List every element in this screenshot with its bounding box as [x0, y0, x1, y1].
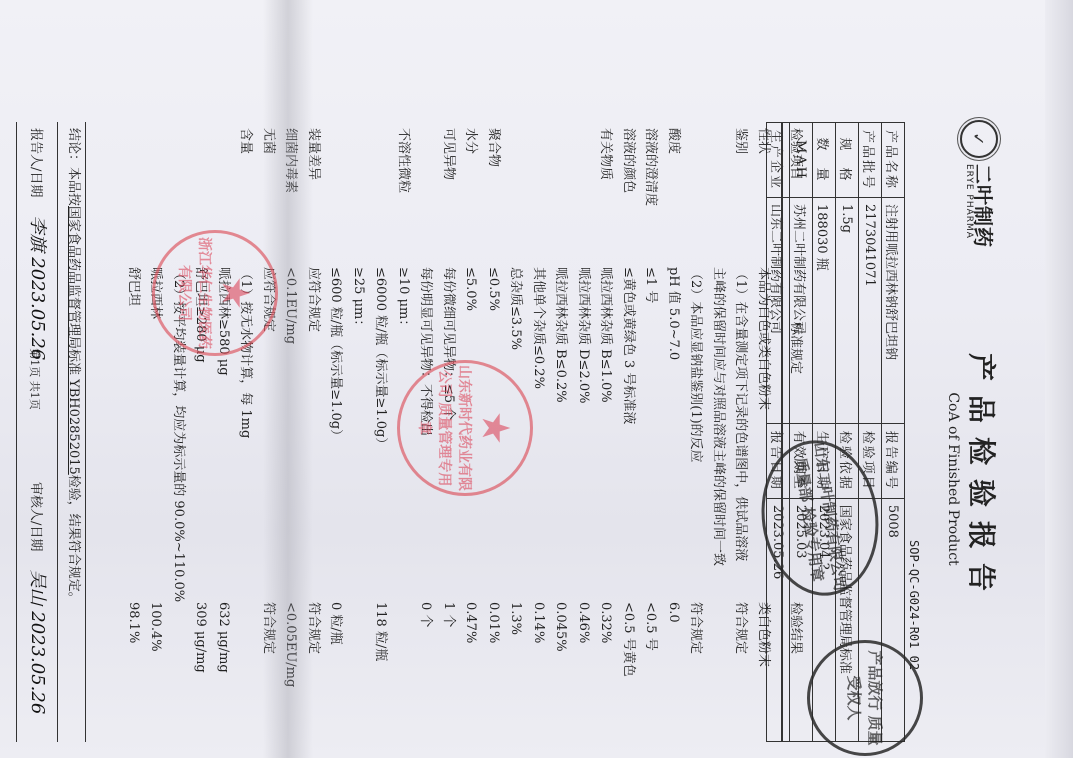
cell-standard: ≥25 μm：: [349, 267, 368, 332]
conclusion-suffix: 检验，结果符合规定。: [66, 475, 81, 605]
header-row: 规 格 1.5g 检验依据 国家食品药品监督管理局标准: [836, 123, 859, 742]
cell-result: <0.5 号: [642, 602, 661, 651]
cell-standard: 舒巴坦: [124, 267, 143, 306]
header-value: 2173041071: [859, 198, 882, 424]
header-key: 检验项目: [859, 423, 882, 498]
header-value: 5008: [882, 498, 905, 741]
cell-item: 装量差异: [304, 128, 323, 180]
cell-result: 6.0: [664, 602, 683, 623]
cell-result: <0.5 号黄色: [619, 602, 638, 677]
header-value: 苏州二叶制药有限公司: [790, 198, 813, 424]
cell-item: 有关物质: [597, 128, 616, 180]
cell-standard: 主峰的保留时间应与对照品溶液主峰的保留时间一致: [709, 267, 728, 566]
header-value: 1.5g: [836, 198, 859, 424]
cell-result: 0.14%: [529, 602, 548, 643]
cell-result: 0 粒/瓶: [327, 602, 346, 645]
cell-item: 鉴别: [732, 128, 751, 154]
cell-result: 309 μg/mg: [192, 602, 211, 673]
cell-result: 0.01%: [484, 602, 503, 643]
cell-standard: 哌拉西林: [147, 267, 166, 319]
header-key: 报告编号: [882, 423, 905, 498]
cell-standard: 应符合规定: [259, 267, 278, 332]
header-key: 数 量: [813, 123, 836, 198]
cell-standard: ≤600 粒/瓶（标示量≥1.0g）: [327, 267, 346, 442]
cell-result: 0.47%: [462, 602, 481, 643]
conclusion: 结论：本品按国家食品药品监督管理局标准 YBH02852015检验，结果符合规定…: [57, 122, 88, 742]
cell-standard: 应符合规定: [304, 267, 323, 332]
cell-standard: （1）在含量测定项下记录的色谱图中，供试品溶液: [732, 267, 751, 561]
column-header-result: 检验结果: [788, 602, 807, 654]
cell-standard: （2）本品应显钠盐鉴别(1)的反应: [687, 267, 706, 463]
cell-standard: pH 值 5.0~7.0: [664, 267, 683, 360]
cell-standard: 本品为白色或类白色粉末: [754, 267, 773, 410]
cell-standard: <0.1EU/mg: [282, 267, 301, 344]
cell-item: 不溶性微粒: [394, 128, 413, 193]
header-row: 产品批号 2173041071 检验项目: [859, 123, 882, 742]
header-value: 注射用哌拉西林钠舒巴坦钠: [882, 198, 905, 424]
cell-item: 酸度: [664, 128, 683, 154]
cell-standard: ≤6000 粒/瓶（标示量≥1.0g）: [372, 267, 391, 450]
cell-standard: 其他单个杂质≤0.2%: [529, 267, 548, 389]
cell-result: 632 μg/mg: [214, 602, 233, 673]
cell-standard: 每份微细可见异物：≤5 个: [439, 267, 458, 420]
cell-standard: ≤5.0%: [462, 267, 481, 311]
cell-standard: 哌拉西林杂质 B≤1.0%: [597, 267, 616, 403]
document-code: SOP-QC-G024-R01 02: [907, 540, 921, 670]
cell-result: 0.045%: [552, 602, 571, 652]
scan-edge: [1045, 0, 1073, 758]
cell-standard: ≤1 号: [642, 267, 661, 303]
column-header-item: 检验项目: [788, 128, 807, 180]
cell-standard: 每份明显可见异物：不得检出: [417, 267, 436, 436]
cell-item: 性状: [754, 128, 773, 154]
cell-item: 溶液的澄清度: [642, 128, 661, 206]
header-value: 国家食品药品监督管理局标准: [836, 498, 859, 741]
header-value: [859, 498, 882, 741]
cell-result: 符合规定: [259, 602, 278, 654]
conclusion-standard: 国家食品药品监督管理局标准 YBH02852015: [66, 206, 81, 475]
title-cn: 产品检验报告: [963, 0, 1003, 758]
cell-result: 1.3%: [507, 602, 526, 635]
page-indicator: 第1页 共1页: [27, 0, 43, 758]
cell-item: 含量: [237, 128, 256, 154]
cell-result: 符合规定: [732, 602, 751, 654]
cell-standard: （1）按无水物计算，每 1mg: [237, 267, 256, 438]
header-key: 有效期至: [790, 423, 813, 498]
cell-result: 1 个: [439, 602, 458, 627]
cell-standard: 总杂质≤3.5%: [507, 267, 526, 350]
header-row: 数 量 188030 瓶 生产日期 2023.04.?: [813, 123, 836, 742]
cell-standard: 哌拉西林≥580 μg: [214, 267, 233, 376]
cell-standard: ≥10 μm：: [394, 267, 413, 332]
coa-document-page: ✓ 二叶制药 ERYE PHARMA 产品检验报告 CoA of Finishe…: [0, 0, 1073, 758]
cell-result: 98.1%: [124, 602, 143, 643]
cell-item: 聚合物: [484, 128, 503, 167]
cell-result: 118 粒/瓶: [372, 602, 391, 661]
cell-standard: 哌拉西林杂质 B≤0.2%: [552, 267, 571, 403]
header-value: 2023.04.?: [813, 498, 836, 741]
header-key: 生产日期: [813, 423, 836, 498]
cell-result: 0.46%: [574, 602, 593, 643]
header-row: 产品名称 注射用哌拉西林钠舒巴坦钠 报告编号 5008: [882, 123, 905, 742]
header-key: 检验依据: [836, 423, 859, 498]
cell-standard: ≤黄色或黄绿色 3 号标准液: [619, 267, 638, 424]
document-title: 产品检验报告 CoA of Finished Product: [945, 0, 1003, 758]
test-results-table: 检验项目 标准规定 检验结果 性状本品为白色或类白色粉末类白色粉末鉴别（1）在含…: [85, 122, 783, 742]
header-key: 产品名称: [882, 123, 905, 198]
cell-result: 符合规定: [304, 602, 323, 654]
cell-result: <0.05EU/mg: [282, 602, 301, 687]
cell-item: 细菌内毒素: [282, 128, 301, 193]
cell-result: 类白色粉末: [754, 602, 773, 667]
cell-standard: （2）按平均装量计算，均应为标示量的 90.0%~110.0%: [169, 267, 188, 602]
cell-item: 无菌: [259, 128, 278, 154]
title-en: CoA of Finished Product: [945, 0, 961, 758]
cell-result: 0.32%: [597, 602, 616, 643]
cell-item: 水分: [462, 128, 481, 154]
cell-standard: 舒巴坦≥280 μg: [192, 267, 211, 363]
header-key: 规 格: [836, 123, 859, 198]
cell-result: 0 个: [417, 602, 436, 627]
conclusion-prefix: 结论：本品按: [66, 128, 81, 206]
cell-result: 符合规定: [687, 602, 706, 654]
cell-standard: ≤0.5%: [484, 267, 503, 311]
header-value: 188030 瓶: [813, 198, 836, 424]
column-header-standard: 标准规定: [788, 322, 807, 374]
product-info-table: 产品名称 注射用哌拉西林钠舒巴坦钠 报告编号 5008 产品批号 2173041…: [766, 122, 905, 742]
cell-item: 可见异物: [439, 128, 458, 180]
cell-result: 100.4%: [147, 602, 166, 652]
cell-standard: 哌拉西林杂质 D≤2.0%: [574, 267, 593, 403]
header-key: 产品批号: [859, 123, 882, 198]
cell-item: 溶液的颜色: [619, 128, 638, 193]
